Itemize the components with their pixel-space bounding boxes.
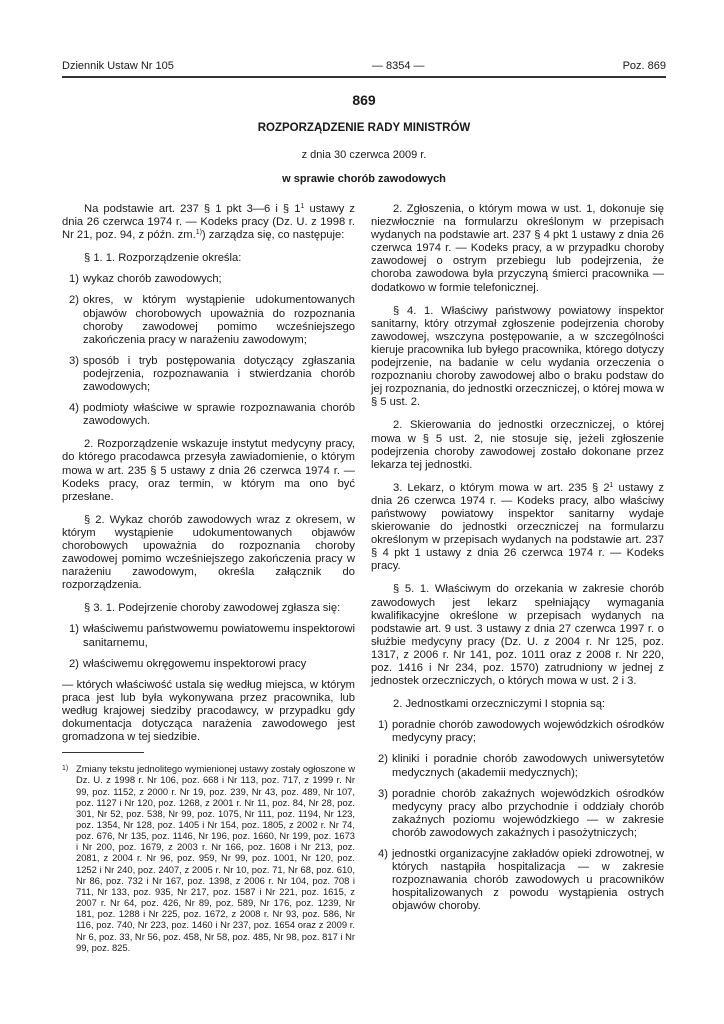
section-3-intro: § 3. 1. Podejrzenie choroby zawodowej zg… bbox=[62, 602, 355, 615]
list-number: 4) bbox=[371, 848, 392, 913]
list-text: okres, w którym wystąpienie udokumentowa… bbox=[83, 294, 355, 346]
list-item: 2)kliniki i poradnie chorób zawodowych u… bbox=[371, 753, 664, 779]
list-item: 4)jednostki organizacyjne zakładów opiek… bbox=[371, 848, 664, 913]
list-text: właściwemu państwowemu powiatowemu inspe… bbox=[83, 623, 355, 649]
page-header: Dziennik Ustaw Nr 105 — 8354 — Poz. 869 bbox=[62, 58, 666, 74]
list-item: 1)wykaz chorób zawodowych; bbox=[62, 273, 355, 286]
footnote-divider bbox=[62, 752, 144, 753]
list-number: 2) bbox=[371, 753, 392, 779]
list-number: 3) bbox=[62, 355, 83, 394]
list-text: sposób i tryb postępowania dotyczący zgł… bbox=[83, 355, 355, 394]
list-number: 1) bbox=[62, 623, 83, 649]
list-number: 2) bbox=[62, 658, 83, 671]
preamble: Na podstawie art. 237 § 1 pkt 3—6 i § 11… bbox=[62, 203, 355, 242]
list-number: 3) bbox=[371, 788, 392, 840]
list-text: podmioty właściwe w sprawie rozpoznawani… bbox=[83, 402, 355, 428]
list-text: właściwemu okręgowemu inspektorowi pracy bbox=[83, 658, 355, 671]
list-text: kliniki i poradnie chorób zawodowych uni… bbox=[392, 753, 664, 779]
section-5-paragraph-1: § 5. 1. Właściwym do orzekania w zakresi… bbox=[371, 583, 664, 688]
list-item: 2)właściwemu okręgowemu inspektorowi pra… bbox=[62, 658, 355, 671]
act-number: 869 bbox=[62, 92, 666, 108]
section-4-paragraph-1: § 4. 1. Właściwy państwowy powiatowy ins… bbox=[371, 305, 664, 410]
list-item: 1)poradnie chorób zawodowych wojewódzkic… bbox=[371, 719, 664, 745]
section-5-paragraph-2-intro: 2. Jednostkami orzeczniczymi I stopnia s… bbox=[371, 698, 664, 711]
list-number: 1) bbox=[62, 273, 83, 286]
list-number: 1) bbox=[371, 719, 392, 745]
section-1-paragraph-2: 2. Rozporządzenie wskazuje instytut medy… bbox=[62, 438, 355, 503]
list-item: 3)sposób i tryb postępowania dotyczący z… bbox=[62, 355, 355, 394]
header-divider bbox=[62, 76, 666, 78]
list-text: poradnie chorób zawodowych wojewódzkich … bbox=[392, 719, 664, 745]
preamble-text: ) zarządza się, co następuje: bbox=[202, 229, 344, 241]
page-number: — 8354 — bbox=[372, 60, 425, 72]
footnote-text: Zmiany tekstu jednolitego wymienionej us… bbox=[76, 763, 355, 953]
list-text: jednostki organizacyjne zakładów opieki … bbox=[392, 848, 664, 913]
section-2: § 2. Wykaz chorób zawodowych wraz z okre… bbox=[62, 514, 355, 593]
footnote-number: 1) bbox=[62, 763, 76, 953]
section-3-paragraph-2: 2. Zgłoszenia, o którym mowa w ust. 1, d… bbox=[371, 203, 664, 295]
section-1-intro: § 1. 1. Rozporządzenie określa: bbox=[62, 252, 355, 265]
footnote: 1) Zmiany tekstu jednolitego wymienionej… bbox=[62, 763, 355, 953]
paragraph-text: 3. Lekarz, o którym mowa w art. 235 § 2 bbox=[393, 482, 610, 494]
act-subject: w sprawie chorób zawodowych bbox=[62, 173, 666, 185]
left-column: Na podstawie art. 237 § 1 pkt 3—6 i § 11… bbox=[62, 203, 355, 953]
list-number: 4) bbox=[62, 402, 83, 428]
act-date: z dnia 30 czerwca 2009 r. bbox=[62, 149, 666, 161]
list-item: 4)podmioty właściwe w sprawie rozpoznawa… bbox=[62, 402, 355, 428]
list-text: wykaz chorób zawodowych; bbox=[83, 273, 355, 286]
journal-name: Dziennik Ustaw Nr 105 bbox=[62, 60, 174, 72]
paragraph-text: ustawy z dnia 26 czerwca 1974 r. — Kodek… bbox=[371, 482, 664, 573]
position-number: Poz. 869 bbox=[623, 60, 666, 72]
list-item: 2)okres, w którym wystąpienie udokumento… bbox=[62, 294, 355, 346]
section-4-paragraph-3: 3. Lekarz, o którym mowa w art. 235 § 21… bbox=[371, 482, 664, 574]
section-3-continuation: — których właściwość ustala się według m… bbox=[62, 679, 355, 744]
section-4-paragraph-2: 2. Skierowania do jednostki orzeczniczej… bbox=[371, 419, 664, 471]
preamble-text: Na podstawie art. 237 § 1 pkt 3—6 i § 1 bbox=[84, 203, 300, 215]
list-item: 3)poradnie chorób zakaźnych wojewódzkich… bbox=[371, 788, 664, 840]
right-column: 2. Zgłoszenia, o którym mowa w ust. 1, d… bbox=[371, 203, 664, 922]
act-type: ROZPORZĄDZENIE RADY MINISTRÓW bbox=[62, 122, 666, 134]
list-item: 1)właściwemu państwowemu powiatowemu ins… bbox=[62, 623, 355, 649]
list-text: poradnie chorób zakaźnych wojewódzkich o… bbox=[392, 788, 664, 840]
list-number: 2) bbox=[62, 294, 83, 346]
